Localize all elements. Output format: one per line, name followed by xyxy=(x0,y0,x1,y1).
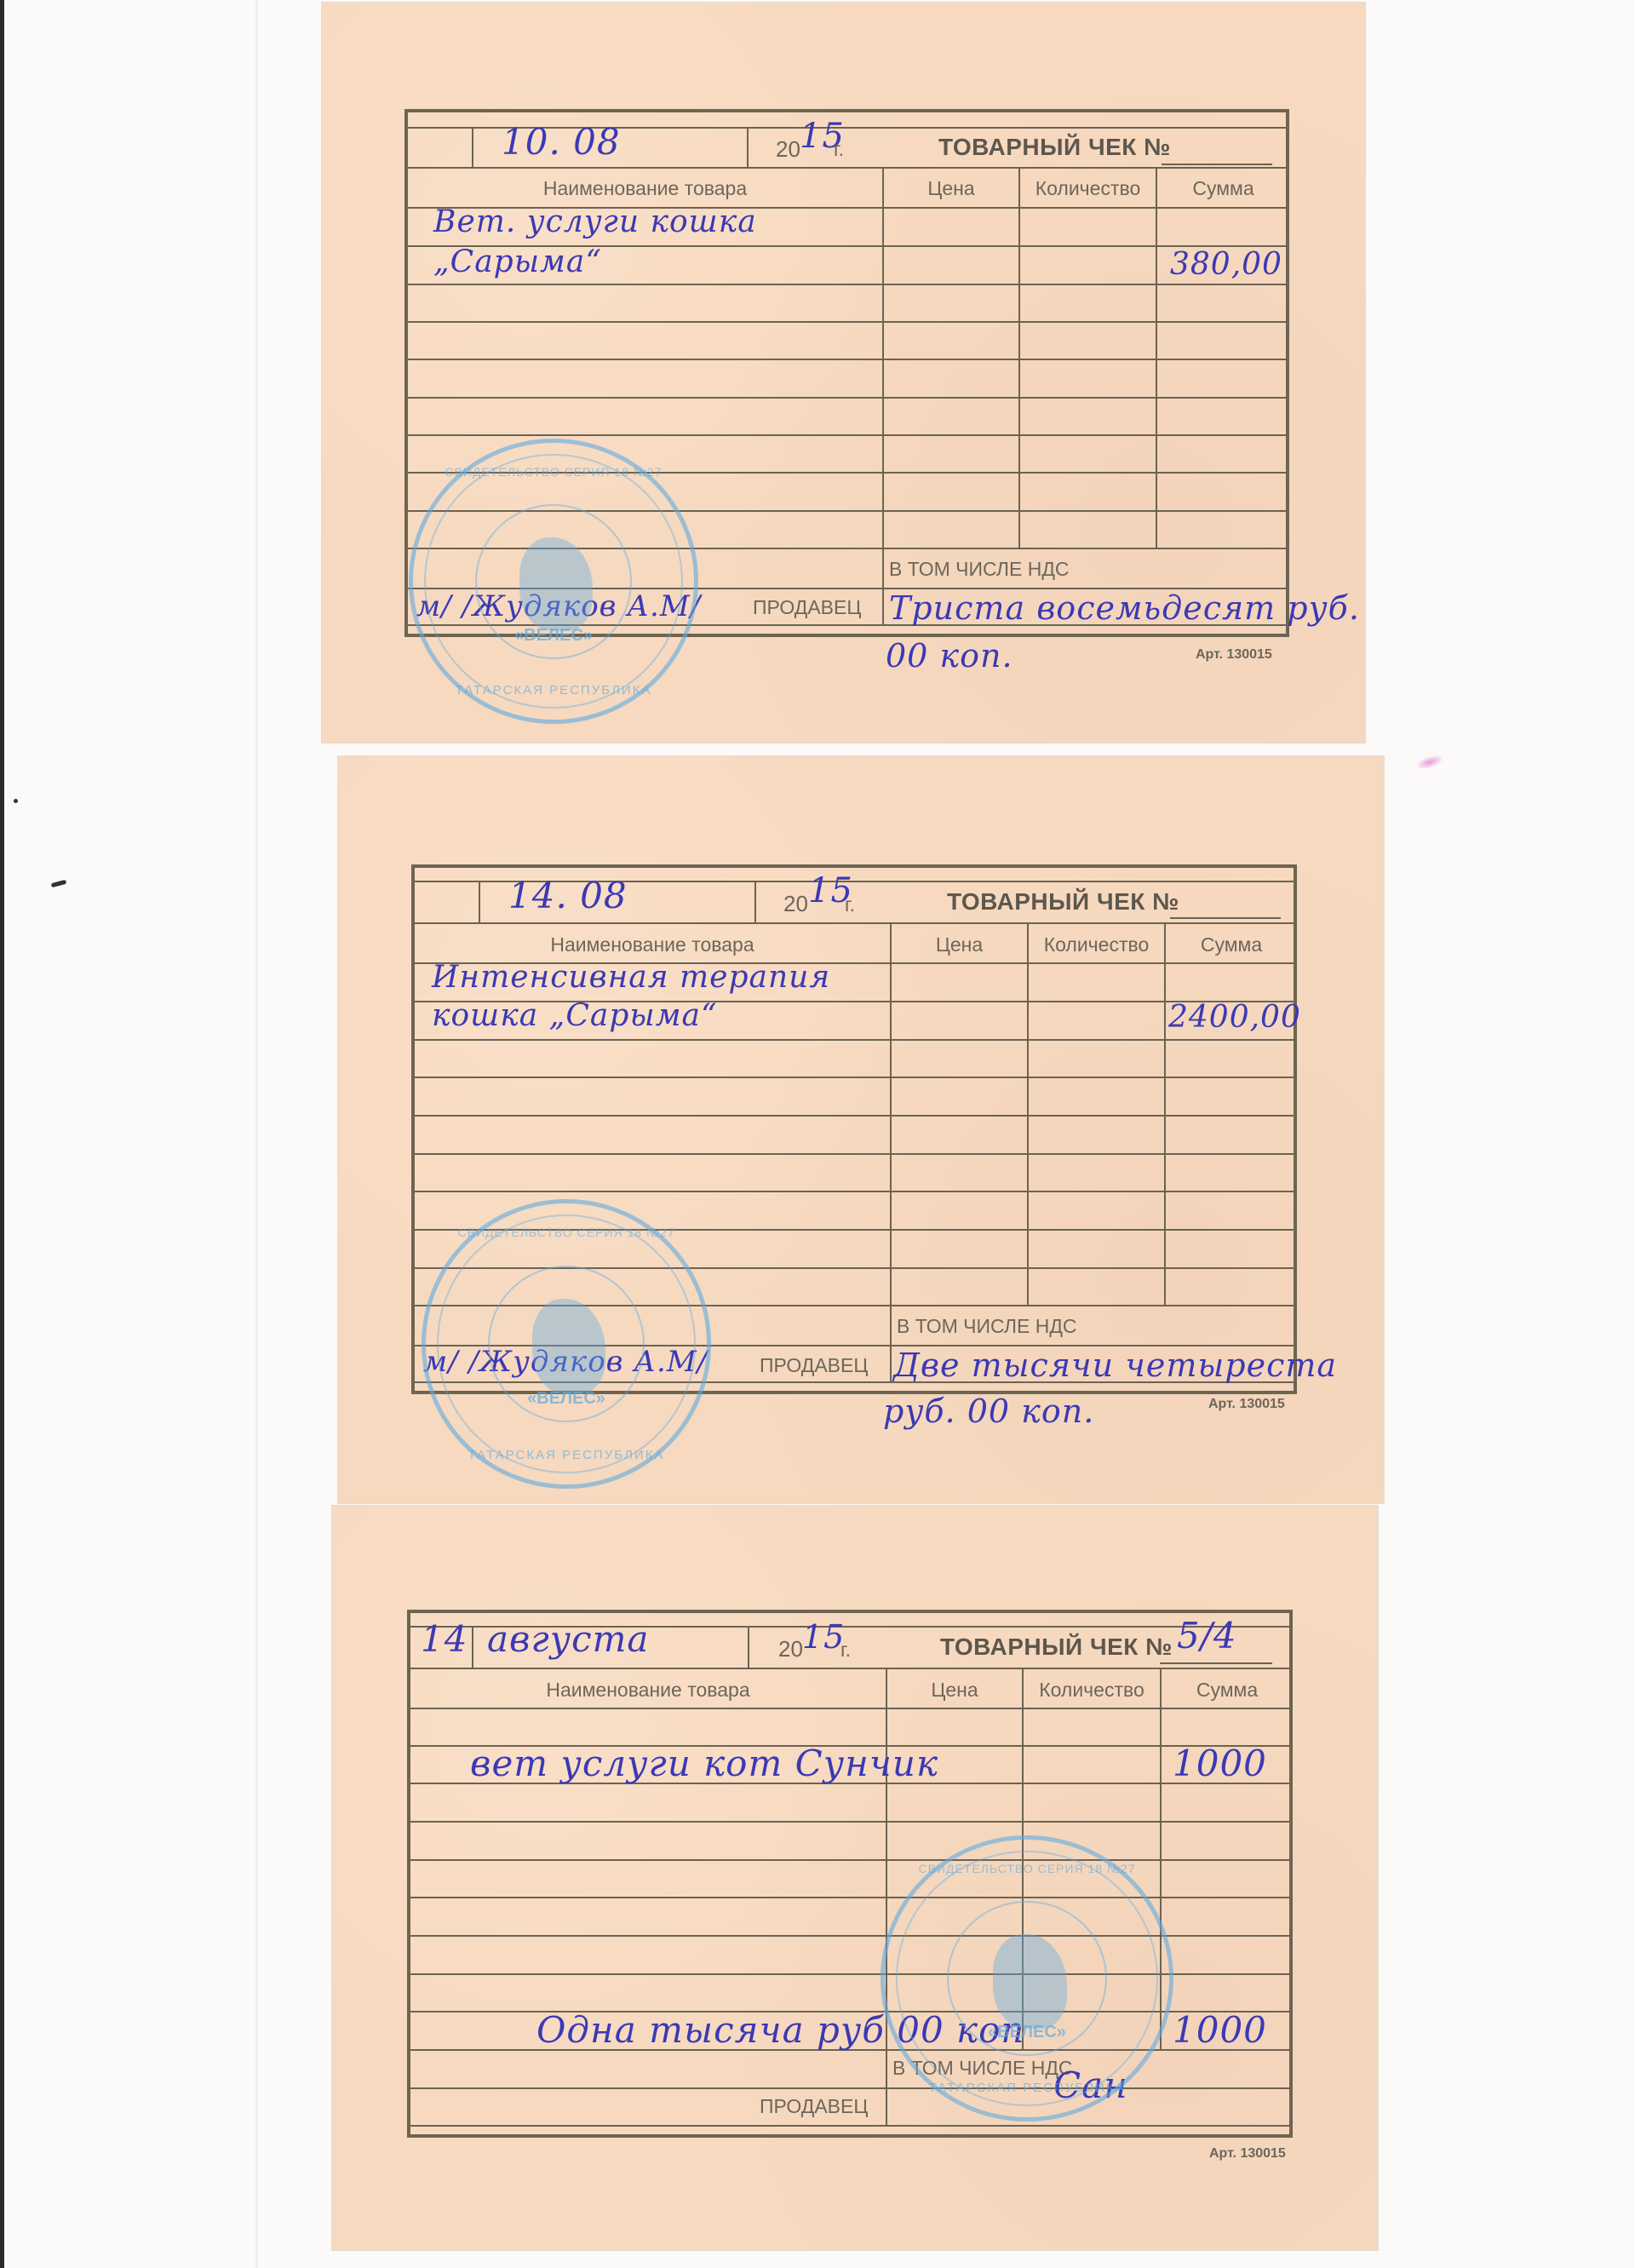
vat-label: В ТОМ ЧИСЛЕ НДС xyxy=(889,558,1070,581)
item-name-line1: Интенсивная терапия xyxy=(432,960,830,995)
item-sum: 1000 xyxy=(1173,1743,1267,1784)
col-price-header: Цена xyxy=(884,177,1018,200)
col-qty-header: Количество xyxy=(1020,177,1156,200)
number-underline xyxy=(1160,1662,1272,1664)
col-price-header: Цена xyxy=(892,933,1027,956)
number-underline xyxy=(1162,164,1272,165)
item-sum: 2400,00 xyxy=(1168,1000,1301,1035)
item-name: вет услуги кот Сунчик xyxy=(470,1743,938,1784)
receipt-1: 10. 08 20 15 г. ТОВАРНЫЙ ЧЕК № Наименова… xyxy=(322,3,1365,743)
total-sum: 1000 xyxy=(1173,2009,1267,2051)
year-suffix: г. xyxy=(834,138,844,161)
item-name-line2: кошка „Сарыма“ xyxy=(432,998,717,1033)
pink-ink-mark xyxy=(1414,752,1446,772)
article-number: Арт. 130015 xyxy=(1196,647,1272,663)
col-sum-header: Сумма xyxy=(1162,1679,1293,1702)
receipt-2: 14. 08 20 15 г. ТОВАРНЫЙ ЧЕК № Наименова… xyxy=(338,756,1384,1503)
scan-edge xyxy=(0,0,4,2268)
seller-label: ПРОДАВЕЦ xyxy=(760,1354,868,1377)
scan-fold-line xyxy=(255,0,258,2268)
col-name-header: Наименование товара xyxy=(408,177,882,200)
col-sum-header: Сумма xyxy=(1157,177,1289,200)
receipt-title: ТОВАРНЫЙ ЧЕК № xyxy=(947,888,1179,916)
col-price-header: Цена xyxy=(887,1679,1022,1702)
item-sum: 380,00 xyxy=(1170,247,1282,282)
dust-speck xyxy=(14,799,18,803)
dust-speck xyxy=(51,880,67,887)
seal-stamp: СВИДЕТЕЛЬСТВО СЕРИЯ 18 №27 «ВЕЛЕС» ТАТАР… xyxy=(881,1835,1173,2122)
year-prefix: 20 xyxy=(778,1636,803,1662)
receipt-title: ТОВАРНЫЙ ЧЕК № xyxy=(938,134,1171,161)
col-name-header: Наименование товара xyxy=(415,933,890,956)
col-qty-header: Количество xyxy=(1024,1679,1160,1702)
year-value: 15 xyxy=(802,1618,845,1656)
receipt-title: ТОВАРНЫЙ ЧЕК № xyxy=(940,1634,1173,1661)
year-suffix: г. xyxy=(845,893,855,916)
article-number: Арт. 130015 xyxy=(1208,1397,1285,1412)
date-day: 14 xyxy=(421,1618,468,1660)
year-prefix: 20 xyxy=(783,891,808,917)
seal-stamp: СВИДЕТЕЛЬСТВО СЕРИЯ 18 №27 «ВЕЛЕС» ТАТАР… xyxy=(422,1199,711,1489)
number-underline xyxy=(1170,917,1281,919)
total-words-line1: Две тысячи четыреста xyxy=(893,1346,1337,1384)
date-value: 10. 08 xyxy=(502,121,621,163)
col-sum-header: Сумма xyxy=(1166,933,1297,956)
year-prefix: 20 xyxy=(776,136,800,163)
article-number: Арт. 130015 xyxy=(1209,2146,1286,2162)
total-words-line2: руб. 00 коп. xyxy=(883,1392,1094,1430)
seal-stamp: СВИДЕТЕЛЬСТВО СЕРИЯ 18 №27 «ВЕЛЕС» ТАТАР… xyxy=(409,439,698,724)
receipt-number: 5/4 xyxy=(1177,1615,1237,1657)
date-month: августа xyxy=(487,1618,649,1660)
seller-label: ПРОДАВЕЦ xyxy=(753,596,861,619)
col-name-header: Наименование товара xyxy=(410,1679,886,1702)
item-name-line1: Вет. услуги кошка xyxy=(433,204,757,239)
col-qty-header: Количество xyxy=(1029,933,1164,956)
vat-label: В ТОМ ЧИСЛЕ НДС xyxy=(897,1315,1077,1338)
total-words-line1: Триста восемьдесят руб. xyxy=(889,589,1360,627)
total-words-line2: 00 коп. xyxy=(886,637,1013,675)
year-suffix: г. xyxy=(840,1639,851,1662)
receipt-3: 14 августа 20 15 г. ТОВАРНЫЙ ЧЕК № 5/4 Н… xyxy=(332,1506,1378,2250)
seller-label: ПРОДАВЕЦ xyxy=(760,2095,868,2118)
date-value: 14. 08 xyxy=(508,875,628,916)
item-name-line2: „Сарыма“ xyxy=(433,244,602,279)
